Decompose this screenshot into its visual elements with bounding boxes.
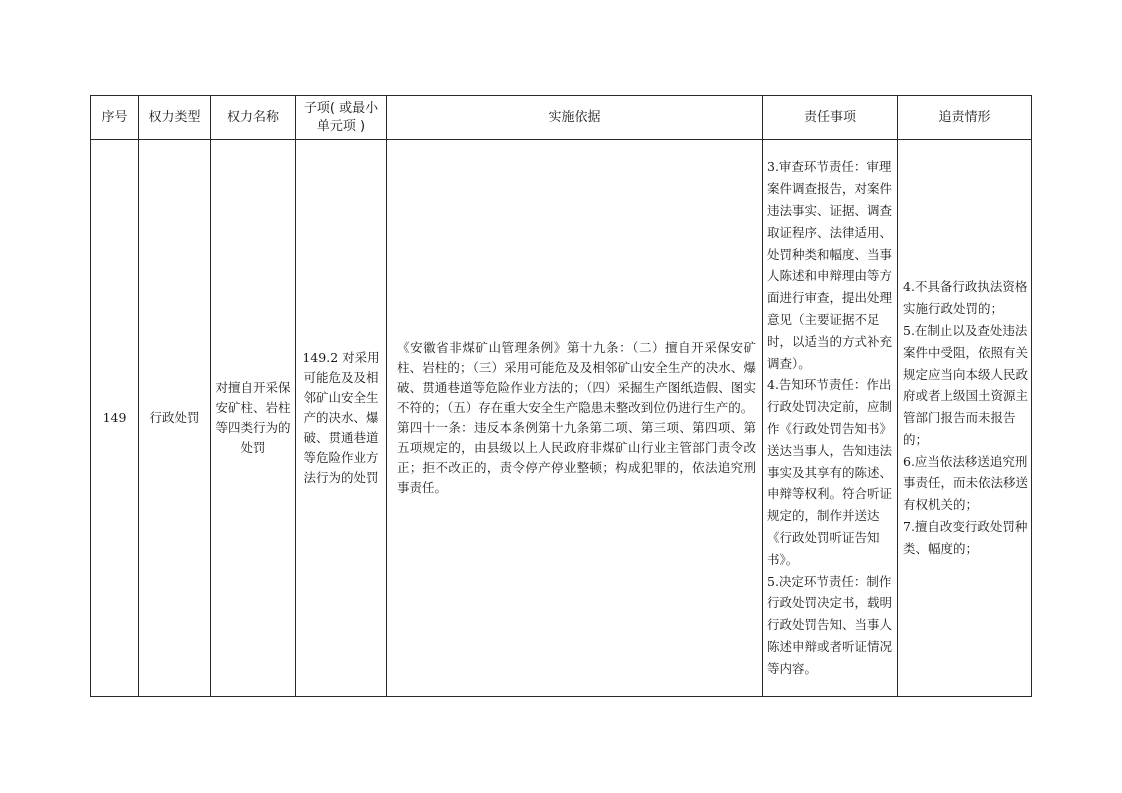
header-responsibilities: 责任事项 [763, 96, 898, 140]
header-index: 序号 [91, 96, 139, 140]
header-accountability: 追责情形 [898, 96, 1032, 140]
cell-sub-item: 149.2 对采用可能危及及相邻矿山安全生产的决水、爆破、贯通巷道等危险作业方法… [296, 140, 387, 697]
responsibility-item: 3.审查环节责任：审理案件调查报告，对案件违法事实、证据、调查取证程序、法律适用… [767, 156, 894, 374]
basis-paragraph: 第四十一条：违反本条例第十九条第二项、第三项、第四项、第五项规定的，由县级以上人… [397, 418, 756, 498]
cell-responsibilities: 3.审查环节责任：审理案件调查报告，对案件违法事实、证据、调查取证程序、法律适用… [763, 140, 898, 697]
accountability-item: 4.不具备行政执法资格实施行政处罚的； [903, 276, 1028, 320]
header-power-name: 权力名称 [211, 96, 296, 140]
cell-index: 149 [91, 140, 139, 697]
header-sub-item: 子项( 或最小 单元项 ) [296, 96, 387, 140]
cell-power-type: 行政处罚 [139, 140, 211, 697]
header-sub-item-line1: 子项( 或最小 [296, 100, 386, 118]
responsibility-item: 4.告知环节责任：作出行政处罚决定前，应制作《行政处罚告知书》送达当事人，告知违… [767, 374, 894, 570]
cell-power-name: 对擅自开采保安矿柱、岩柱等四类行为的处罚 [211, 140, 296, 697]
cell-accountability: 4.不具备行政执法资格实施行政处罚的； 5.在制止以及查处违法案件中受阻，依照有… [898, 140, 1032, 697]
header-row: 序号 权力类型 权力名称 子项( 或最小 单元项 ) 实施依据 责任事项 追责情… [91, 96, 1032, 140]
header-power-type: 权力类型 [139, 96, 211, 140]
accountability-item: 6.应当依法移送追究刑事责任，而未依法移送有权机关的； [903, 451, 1028, 516]
accountability-item: 5.在制止以及查处违法案件中受阻，依照有关规定应当向本级人民政府或者上级国土资源… [903, 320, 1028, 451]
basis-paragraph: 《安徽省非煤矿山管理条例》第十九条：（二）擅自开采保安矿柱、岩柱的；（三）采用可… [397, 338, 756, 418]
cell-basis: 《安徽省非煤矿山管理条例》第十九条：（二）擅自开采保安矿柱、岩柱的；（三）采用可… [387, 140, 763, 697]
responsibility-item: 5.决定环节责任：制作行政处罚决定书，载明行政处罚告知、当事人陈述申辩或者听证情… [767, 571, 894, 680]
power-list-table: 序号 权力类型 权力名称 子项( 或最小 单元项 ) 实施依据 责任事项 追责情… [90, 95, 1032, 697]
header-sub-item-line2: 单元项 ) [296, 118, 386, 136]
table-row: 149 行政处罚 对擅自开采保安矿柱、岩柱等四类行为的处罚 149.2 对采用可… [91, 140, 1032, 697]
accountability-item: 7.擅自改变行政处罚种类、幅度的； [903, 516, 1028, 560]
header-basis: 实施依据 [387, 96, 763, 140]
